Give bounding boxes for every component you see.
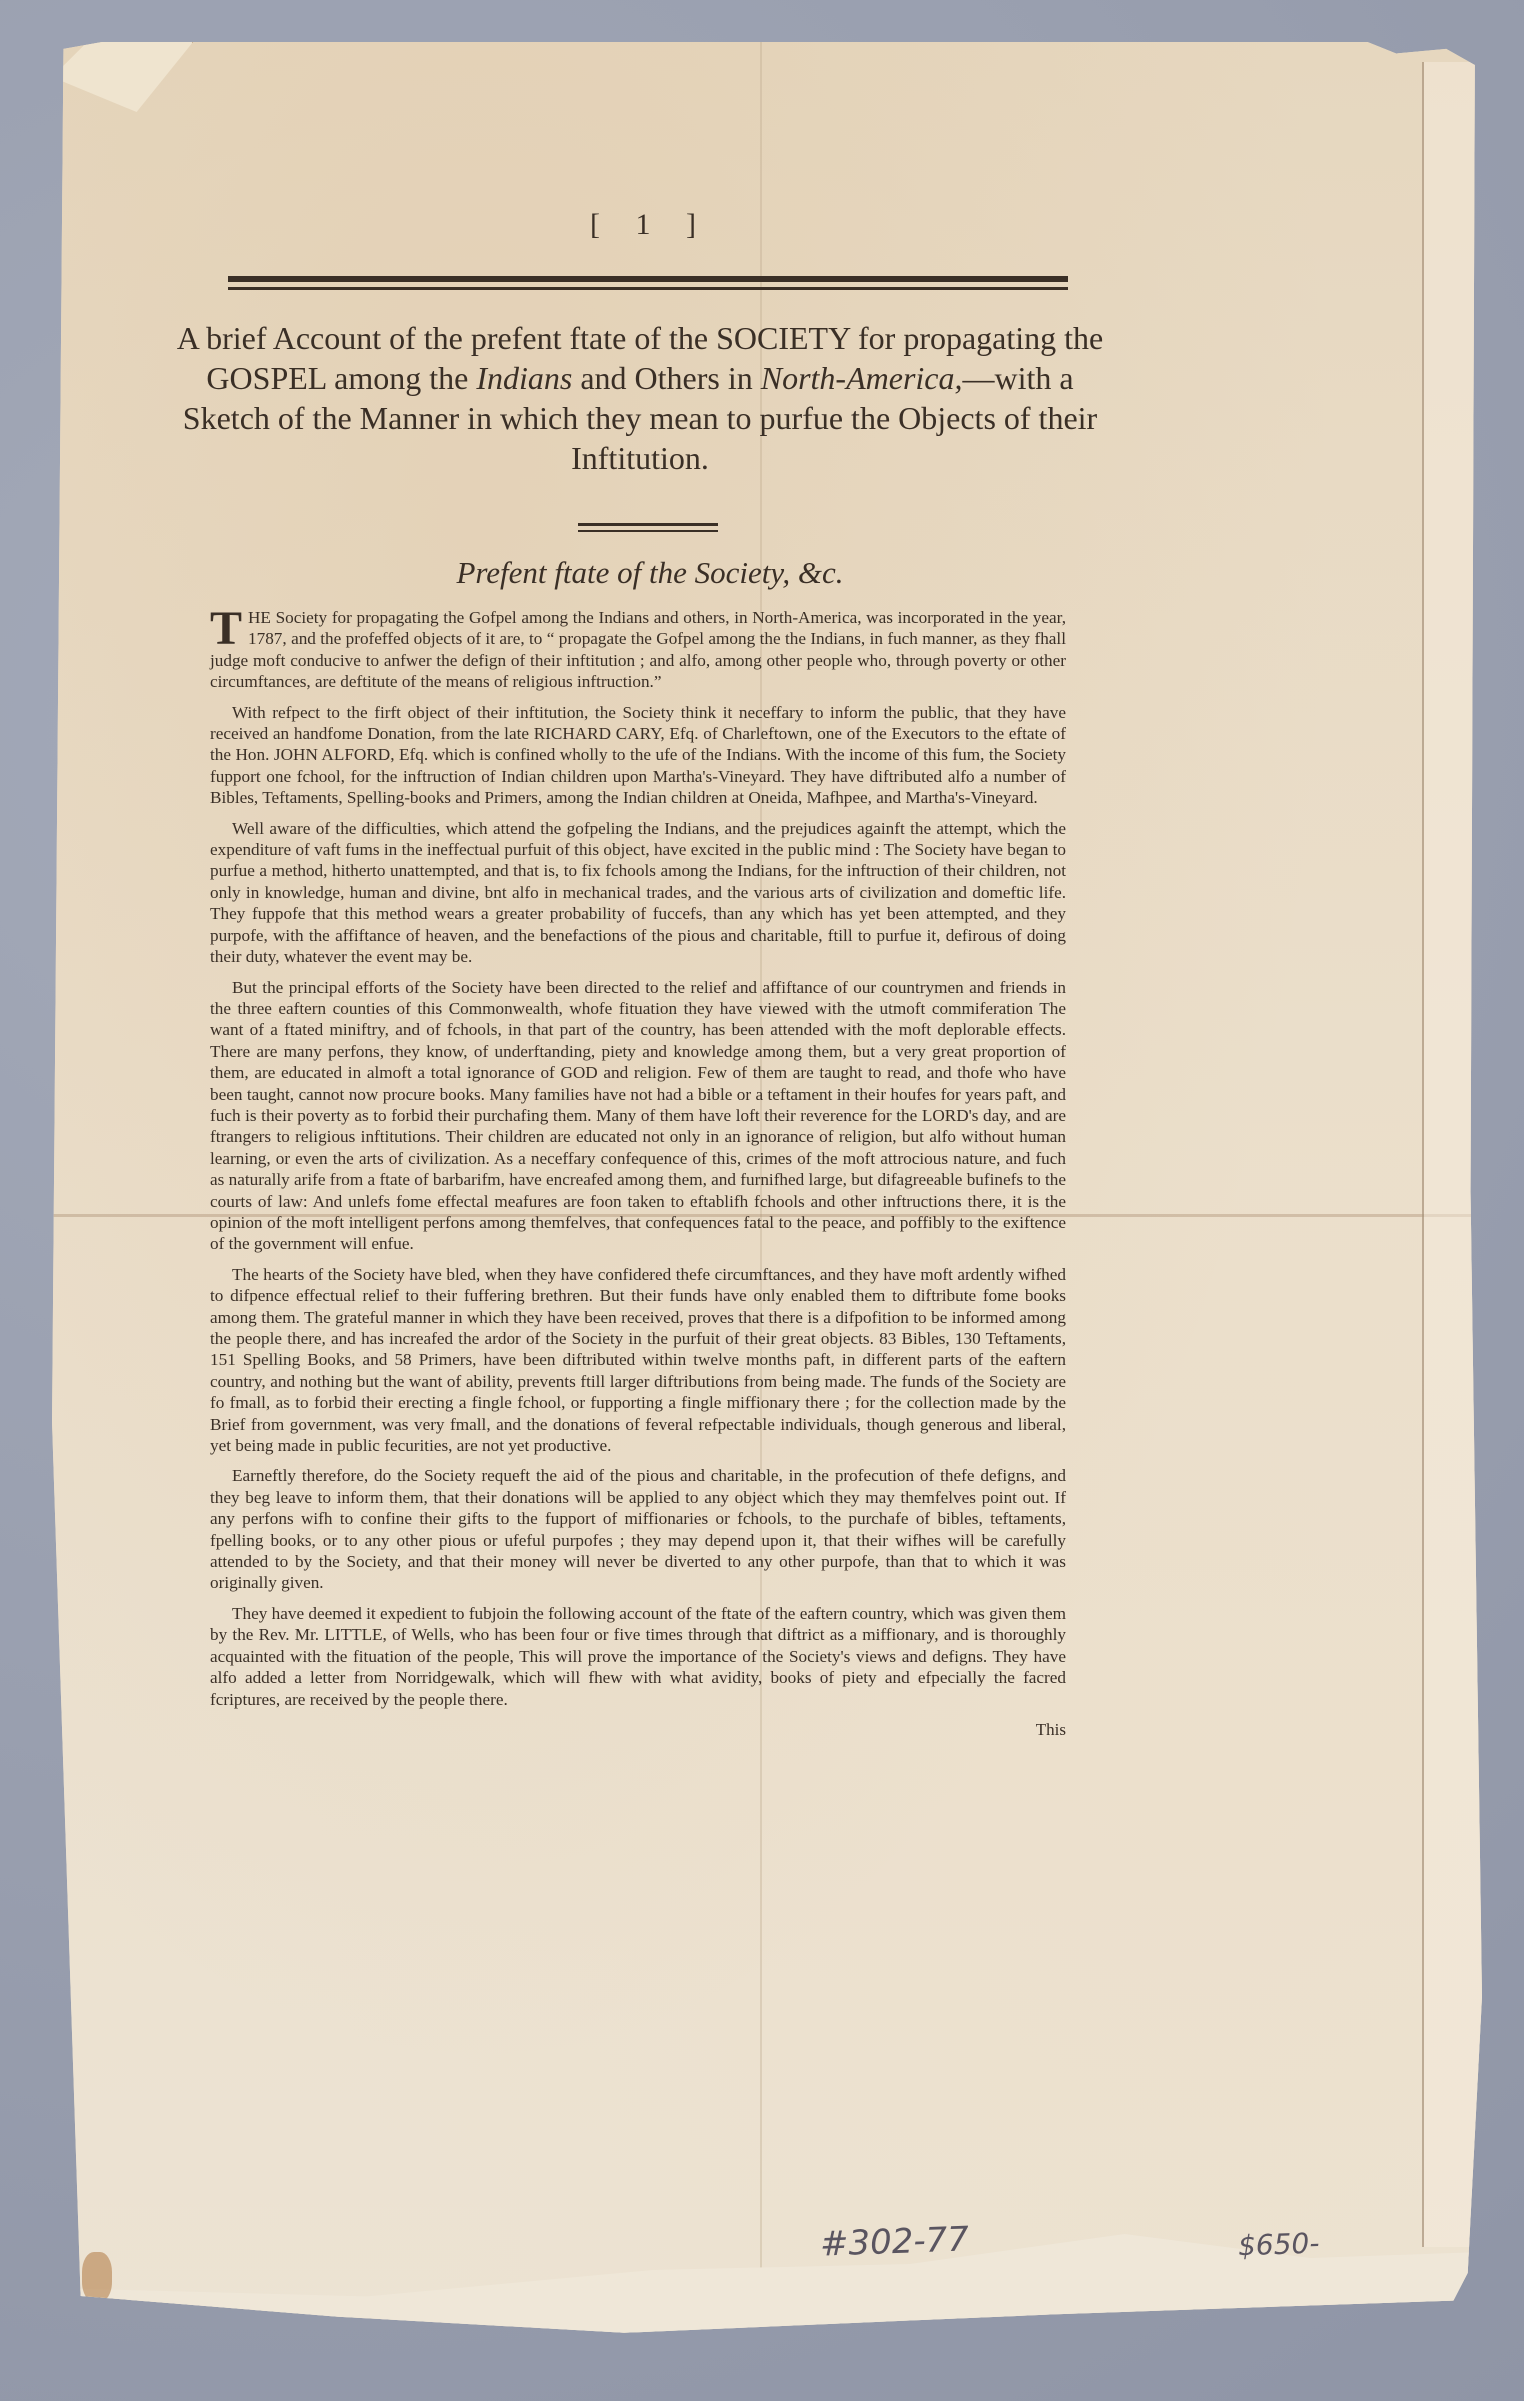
- torn-right-edge: [1422, 62, 1482, 2247]
- drop-cap: T: [210, 609, 242, 649]
- paragraph: Well aware of the difficulties, which at…: [210, 818, 1066, 968]
- page-number: [ 1 ]: [590, 208, 710, 242]
- water-stain: [82, 2252, 112, 2302]
- catchword: This: [210, 1719, 1066, 1740]
- title-part: and Others in: [572, 360, 760, 396]
- document-title: A brief Account of the prefent ftate of …: [170, 318, 1110, 478]
- paragraph: The hearts of the Society have bled, whe…: [210, 1264, 1066, 1457]
- body-text: THE Society for propagating the Gofpel a…: [210, 607, 1066, 1740]
- section-heading: Prefent ftate of the Society, &c.: [200, 555, 1100, 591]
- header-double-rule: [228, 276, 1068, 290]
- paragraph: THE Society for propagating the Gofpel a…: [210, 607, 1066, 693]
- paragraph: With refpect to the firft object of thei…: [210, 702, 1066, 809]
- folded-corner: [52, 42, 193, 112]
- title-part-italic: Indians: [476, 360, 572, 396]
- pencil-price-note: $650-: [1237, 2227, 1319, 2263]
- pencil-inventory-number: #302-77: [819, 2219, 969, 2264]
- paragraph: Earneftly therefore, do the Society requ…: [210, 1465, 1066, 1593]
- title-part-italic: North-America,: [761, 360, 963, 396]
- paragraph: But the principal efforts of the Society…: [210, 977, 1066, 1255]
- paragraph-text: HE Society for propagating the Gofpel am…: [210, 608, 1066, 691]
- paragraph: They have deemed it expedient to fubjoin…: [210, 1603, 1066, 1710]
- section-divider-rule: [578, 523, 718, 532]
